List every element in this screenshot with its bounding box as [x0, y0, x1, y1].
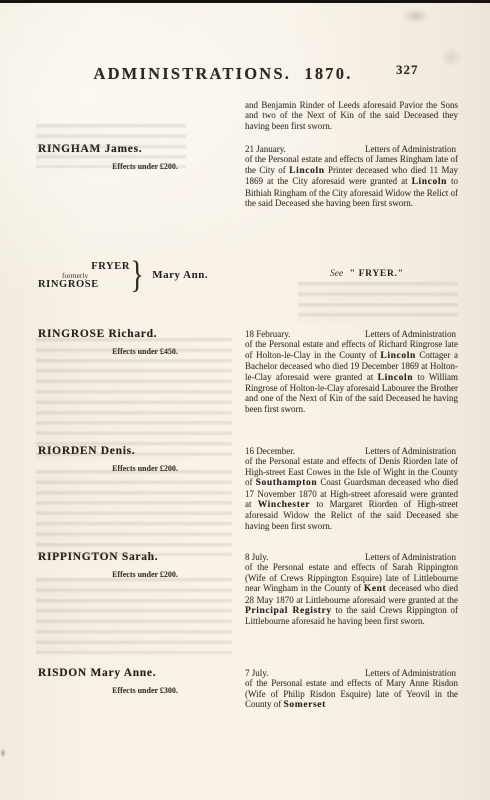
grant-type: Letters of Administration: [365, 446, 458, 456]
effects-value: Effects under £450.: [60, 347, 230, 356]
crossref-name-former: RINGROSE: [38, 279, 130, 290]
grant-line: 21 January. Letters of Administration: [245, 144, 458, 154]
entry-body: of the Personal estate and effects of Ma…: [245, 678, 458, 710]
grant-type: Letters of Administration: [365, 552, 458, 562]
place-name-emphasis: Lincoln: [412, 176, 447, 187]
place-name-emphasis: Lincoln: [289, 165, 324, 176]
place-name-emphasis: Lincoln: [380, 350, 415, 361]
entry-body: of the Personal estate and effects of De…: [245, 456, 458, 531]
scan-edge-strip: [0, 0, 490, 3]
paper-stain: [402, 8, 430, 24]
entry-right-column: 21 January. Letters of Administration of…: [245, 144, 458, 208]
grant-type: Letters of Administration: [365, 329, 458, 339]
grant-date: 8 July.: [245, 552, 268, 562]
body-text-segment: of the Personal estate and effects of Ma…: [245, 678, 458, 709]
grant-date: 18 February.: [245, 329, 290, 339]
grant-type: Letters of Administration: [365, 668, 458, 678]
verso-bleedthrough: [36, 470, 232, 556]
entry-right-column: 16 December. Letters of Administration o…: [245, 446, 458, 531]
place-name-emphasis: Winchester: [258, 499, 310, 510]
effects-value: Effects under £200.: [60, 464, 230, 473]
scanned-page: ADMINISTRATIONS. 1870. 327 and Benjamin …: [0, 0, 490, 800]
place-name-emphasis: Somerset: [284, 699, 326, 710]
grant-date: 7 July.: [245, 668, 268, 678]
entry-left-column: RINGROSE Richard. Effects under £450.: [38, 328, 238, 356]
grant-date: 21 January.: [245, 144, 286, 154]
brace-glyph: }: [130, 257, 144, 293]
entry-left-column: RISDON Mary Anne. Effects under £300.: [38, 667, 238, 695]
entry-right-column: 18 February. Letters of Administration o…: [245, 329, 458, 414]
entry-left-column: RINGHAM James. Effects under £200.: [38, 143, 238, 171]
see-prefix: See: [330, 269, 343, 279]
entry-left-column: RIORDEN Denis. Effects under £200.: [38, 445, 238, 473]
entry-name: RIPPINGTON Sarah.: [38, 551, 238, 563]
verso-bleedthrough: [36, 578, 232, 654]
entry-right-column: 8 July. Letters of Administration of the…: [245, 552, 458, 627]
see-reference: See " FRYER.": [330, 269, 404, 279]
entry-body: of the Personal estate and effects of Ja…: [245, 154, 458, 208]
continuation-text: and Benjamin Rinder of Leeds aforesaid P…: [245, 100, 458, 131]
crossref-names: FRYER formerly RINGROSE: [38, 261, 130, 290]
effects-value: Effects under £300.: [60, 686, 230, 695]
entry-left-column: RIPPINGTON Sarah. Effects under £200.: [38, 551, 238, 579]
entry-crossref-fryer-ringrose: FRYER formerly RINGROSE } Mary Ann. See …: [38, 257, 458, 299]
entry-name: RINGROSE Richard.: [38, 328, 238, 340]
entry-name: RINGHAM James.: [38, 143, 238, 155]
place-name-emphasis: Lincoln: [378, 372, 413, 383]
entry-right-column: 7 July. Letters of Administration of the…: [245, 668, 458, 711]
effects-value: Effects under £200.: [60, 162, 230, 171]
grant-date: 16 December.: [245, 446, 295, 456]
place-name-emphasis: Kent: [364, 583, 387, 594]
paper-stain: [440, 46, 462, 68]
grant-line: 18 February. Letters of Administration: [245, 329, 458, 339]
paper-stain: [0, 748, 6, 758]
crossref-name-group: FRYER formerly RINGROSE } Mary Ann.: [38, 257, 208, 293]
crossref-given-name: Mary Ann.: [152, 269, 208, 281]
grant-line: 7 July. Letters of Administration: [245, 668, 458, 678]
previous-entry-continuation: and Benjamin Rinder of Leeds aforesaid P…: [245, 100, 458, 131]
page-title: ADMINISTRATIONS. 1870.: [58, 64, 388, 84]
entry-body: of the Personal estate and effects of Ri…: [245, 339, 458, 414]
verso-bleedthrough: [36, 338, 232, 462]
entry-name: RISDON Mary Anne.: [38, 667, 238, 679]
page-number: 327: [396, 62, 419, 78]
see-target: " FRYER.": [350, 269, 404, 279]
grant-line: 16 December. Letters of Administration: [245, 446, 458, 456]
grant-line: 8 July. Letters of Administration: [245, 552, 458, 562]
place-name-emphasis: Principal Registry: [245, 605, 332, 616]
entry-name: RIORDEN Denis.: [38, 445, 238, 457]
effects-value: Effects under £200.: [60, 570, 230, 579]
entry-body: of the Personal estate and effects of Sa…: [245, 562, 458, 626]
place-name-emphasis: Southampton: [256, 477, 318, 488]
grant-type: Letters of Administration: [365, 144, 458, 154]
